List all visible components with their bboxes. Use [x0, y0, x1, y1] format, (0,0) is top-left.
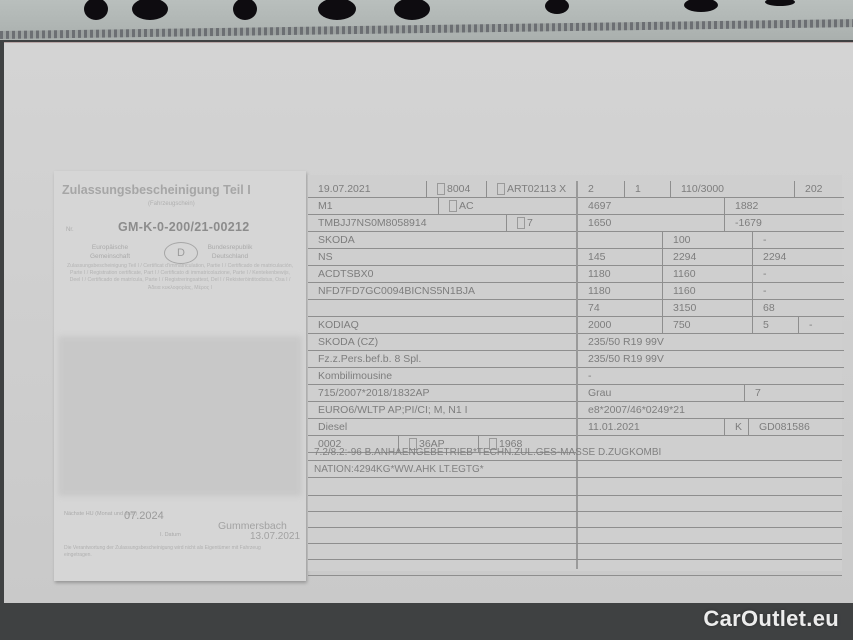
type-code: ART02113 X [507, 183, 566, 195]
axle-load-b: 1160 [662, 266, 752, 282]
version: NFD7FD7GC0094BICNS5N1BJA [308, 283, 576, 299]
document-title: Zulassungsbescheinigung Teil I [62, 183, 251, 197]
blank-remarks-line [308, 543, 842, 560]
form-row: 145 2294 2294 [578, 249, 844, 266]
form-row: 2000 750 5 - [578, 317, 844, 334]
field-code-box [517, 217, 525, 229]
form-row: 74 3150 68 [578, 300, 844, 317]
empty-field [308, 300, 576, 316]
mass-field-c: - [752, 232, 844, 248]
form-row: ACDTSBX0 [308, 266, 576, 283]
mass-field-a: 145 [578, 249, 662, 265]
binder-strip [0, 0, 853, 40]
vin-check-cell: 7 [506, 215, 576, 231]
code-2-1-cell: 8004 [426, 181, 486, 197]
tire-size-1: 235/50 R19 99V [578, 334, 844, 350]
form-row: 715/2007*2018/1832AP [308, 385, 576, 402]
mass-field-b: 2294 [662, 249, 752, 265]
manufacturer: SKODA (CZ) [308, 334, 576, 350]
vehicle-data-form: 19.07.2021 8004 ART02113 X M1 AC TMBJJ7N… [308, 175, 842, 571]
blank-remarks-line [308, 511, 842, 528]
form-row: 1650 -1679 [578, 215, 844, 232]
next-inspection-date: 07.2024 [124, 510, 164, 522]
emission-class: EURO6/WLTP AP;PI/CI; M, N1 I [308, 402, 576, 418]
form-row: 1180 1160 - [578, 266, 844, 283]
blank-remarks-line [308, 527, 842, 544]
punch-hole [545, 0, 569, 14]
punch-hole [233, 0, 257, 20]
blank-remarks-line [308, 479, 842, 496]
document-sleeve: Zulassungsbescheinigung Teil I (Fahrzeug… [4, 42, 853, 603]
height-max: -1679 [724, 215, 844, 231]
first-registration-date: 11.01.2021 [578, 419, 724, 435]
document-subtitle: (Fahrzeugschein) [148, 201, 195, 207]
width: 1882 [724, 198, 844, 214]
body-type: Kombilimousine [308, 368, 576, 384]
mass-field-a [578, 232, 662, 248]
fuel-type: Diesel [308, 419, 576, 435]
length: 4697 [578, 198, 724, 214]
color-code: 7 [744, 385, 844, 401]
form-row: 235/50 R19 99V [578, 334, 844, 351]
axle-load-a: 1180 [578, 283, 662, 299]
mass-field-b: 100 [662, 232, 752, 248]
form-row: - [578, 368, 844, 385]
certificate-id: GD081586 [748, 419, 844, 435]
type-approval-number: e8*2007/46*0249*21 [578, 402, 844, 418]
noise-level: 68 [752, 300, 844, 316]
remarks-line-2: NATION:4294KG*WW.AHK LT.EGTG* [308, 462, 842, 478]
form-row: TMBJJ7NS0M8058914 7 [308, 215, 576, 232]
form-row: e8*2007/46*0249*21 [578, 402, 844, 419]
model-name: KODIAQ [308, 317, 576, 333]
mass-field-c: 2294 [752, 249, 844, 265]
manufacturer-code: 8004 [447, 183, 470, 195]
country-code-badge: D [164, 242, 198, 264]
punch-hole [394, 0, 430, 20]
carOutlet-watermark: CarOutlet.eu [703, 606, 839, 632]
vehicle-identity-column: 19.07.2021 8004 ART02113 X M1 AC TMBJJ7N… [308, 181, 576, 453]
form-row: M1 AC [308, 198, 576, 215]
driven-axles: 1 [624, 181, 670, 197]
vin: TMBJJ7NS0M8058914 [308, 215, 506, 231]
field-code-box [449, 200, 457, 212]
punch-hole [318, 0, 356, 20]
redacted-owner-area [58, 336, 302, 496]
form-row: EURO6/WLTP AP;PI/CI; M, N1 I [308, 402, 576, 419]
trailer-mass: 3150 [662, 300, 752, 316]
variant: ACDTSBX0 [308, 266, 576, 282]
code-2-2-cell: ART02113 X [486, 181, 576, 197]
axle-load-a: 1180 [578, 266, 662, 282]
blank-remarks-line [308, 495, 842, 512]
form-row: Kombilimousine [308, 368, 576, 385]
document-number: GM-K-0-200/21-00212 [118, 220, 249, 234]
multilingual-fine-print: Zulassungsbescheinigung Teil I / Certifi… [64, 263, 296, 292]
body-code: AC [459, 200, 474, 212]
form-row: Diesel [308, 419, 576, 436]
vehicle-class: Fz.z.Pers.bef.b. 8 Spl. [308, 351, 576, 367]
form-row: NFD7FD7GC0094BICNS5N1BJA [308, 283, 576, 300]
perforation-edge [0, 19, 853, 39]
nr-label: Nr. [66, 227, 74, 233]
registration-cover-card: Zulassungsbescheinigung Teil I (Fahrzeug… [54, 171, 306, 581]
braked-trailer: 2000 [578, 317, 662, 333]
make: SKODA [308, 232, 576, 248]
remarks-line-1: 7.2/8.2:-96 B.ANHAENGEBETRIEB*TECHN.ZUL.… [308, 445, 842, 461]
form-row: 235/50 R19 99V [578, 351, 844, 368]
punch-hole [765, 0, 795, 6]
field-code-box [497, 183, 505, 195]
emission-regulation: 715/2007*2018/1832AP [308, 385, 576, 401]
axle-load-b: 1160 [662, 283, 752, 299]
body-code-cell: AC [438, 198, 576, 214]
form-row: Grau 7 [578, 385, 844, 402]
form-row [308, 300, 576, 317]
form-row: NS [308, 249, 576, 266]
axle-load-c: - [752, 266, 844, 282]
form-row: Fz.z.Pers.bef.b. 8 Spl. [308, 351, 576, 368]
axles: 2 [578, 181, 624, 197]
form-row: KODIAQ [308, 317, 576, 334]
height: 1650 [578, 215, 724, 231]
unbraked-trailer: 750 [662, 317, 752, 333]
country-label: Bundesrepublik Deutschland [200, 243, 260, 261]
punch-hole [84, 0, 108, 20]
punch-hole [684, 0, 718, 12]
axle-load-c: - [752, 283, 844, 299]
form-row: 19.07.2021 8004 ART02113 X [308, 181, 576, 198]
tire-size-3: - [578, 368, 844, 384]
form-row: 11.01.2021 K GD081586 [578, 419, 844, 436]
registration-document: Zulassungsbescheinigung Teil I (Fahrzeug… [54, 171, 842, 585]
registration-date: 19.07.2021 [308, 181, 426, 197]
eu-label: Europäische Gemeinschaft [80, 243, 140, 261]
form-row: SKODA (CZ) [308, 334, 576, 351]
standing-places: - [798, 317, 844, 333]
issue-date: 13.07.2021 [250, 531, 300, 542]
power-rpm: 110/3000 [670, 181, 794, 197]
form-row: SKODA [308, 232, 576, 249]
issue-date-label: I. Datum [160, 532, 181, 538]
type: NS [308, 249, 576, 265]
field-code-box [437, 183, 445, 195]
form-row: 100 - [578, 232, 844, 249]
vehicle-class-code: M1 [308, 198, 438, 214]
tire-size-2: 235/50 R19 99V [578, 351, 844, 367]
form-row: 1180 1160 - [578, 283, 844, 300]
k-label: K [724, 419, 748, 435]
color: Grau [578, 385, 744, 401]
form-row: 2 1 110/3000 202 [578, 181, 844, 198]
vin-check-digit: 7 [527, 217, 533, 229]
blank-remarks-line [308, 559, 842, 576]
punch-hole [132, 0, 168, 20]
max-speed: 202 [794, 181, 844, 197]
form-row: 4697 1882 [578, 198, 844, 215]
seats: 5 [752, 317, 798, 333]
tank-capacity: 74 [578, 300, 662, 316]
card-footnote: Die Verantwortung der Zulassungsbeschein… [64, 545, 284, 559]
